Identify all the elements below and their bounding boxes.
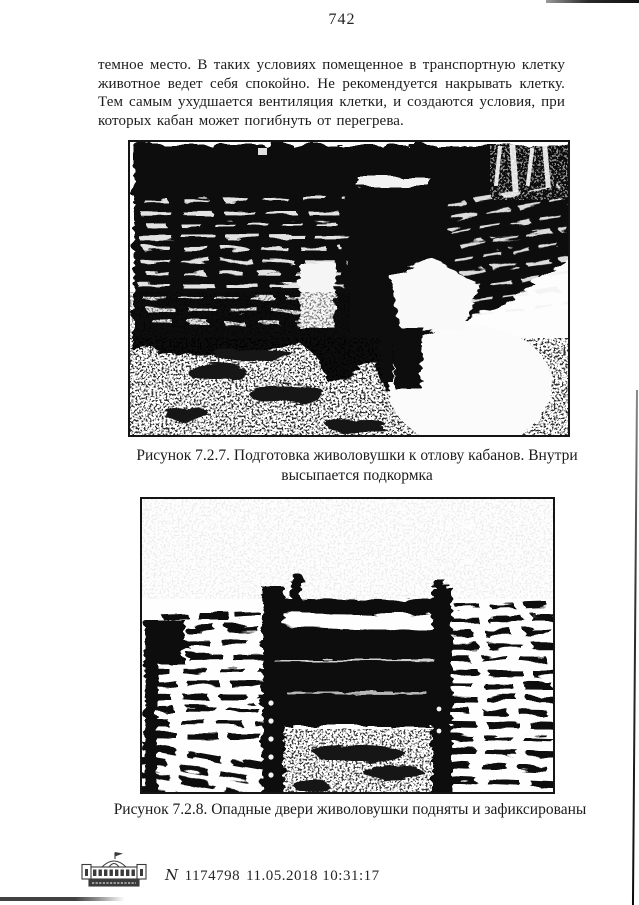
caption-line: высыпается подкормка: [112, 466, 602, 486]
stamp-text: N117479811.05.2018 10:31:17: [165, 866, 380, 892]
figure-7-2-7-caption: Рисунок 7.2.7. Подготовка живоловушки к …: [112, 446, 602, 485]
government-building-icon: [78, 850, 150, 892]
figure-7-2-8-photo: [140, 497, 555, 794]
body-paragraph: темное место. В таких условиях помещенно…: [98, 56, 565, 131]
scan-artifact-right-line: [632, 390, 638, 905]
boar-trap-photo-1: [130, 142, 568, 435]
scan-artifact-bottom-left: [0, 897, 125, 901]
scan-artifact-top-edge: [546, 0, 639, 3]
stamp-number: 1174798: [185, 868, 240, 884]
figure-7-2-8-caption: Рисунок 7.2.8. Опадные двери живоловушки…: [85, 800, 615, 820]
caption-line: Рисунок 7.2.7. Подготовка живоловушки к …: [112, 446, 602, 466]
registration-stamp: N117479811.05.2018 10:31:17: [78, 848, 380, 892]
boar-trap-photo-2: [142, 499, 553, 792]
figure-7-2-7-photo: [128, 140, 570, 437]
numero-sign: N: [165, 866, 179, 884]
stamp-time: 10:31:17: [322, 868, 379, 884]
scanned-document-page: 742 темное место. В таких условиях помещ…: [0, 0, 639, 905]
caption-line: Рисунок 7.2.8. Опадные двери живоловушки…: [85, 800, 615, 820]
page-number: 742: [77, 11, 607, 29]
stamp-date: 11.05.2018: [246, 868, 318, 884]
